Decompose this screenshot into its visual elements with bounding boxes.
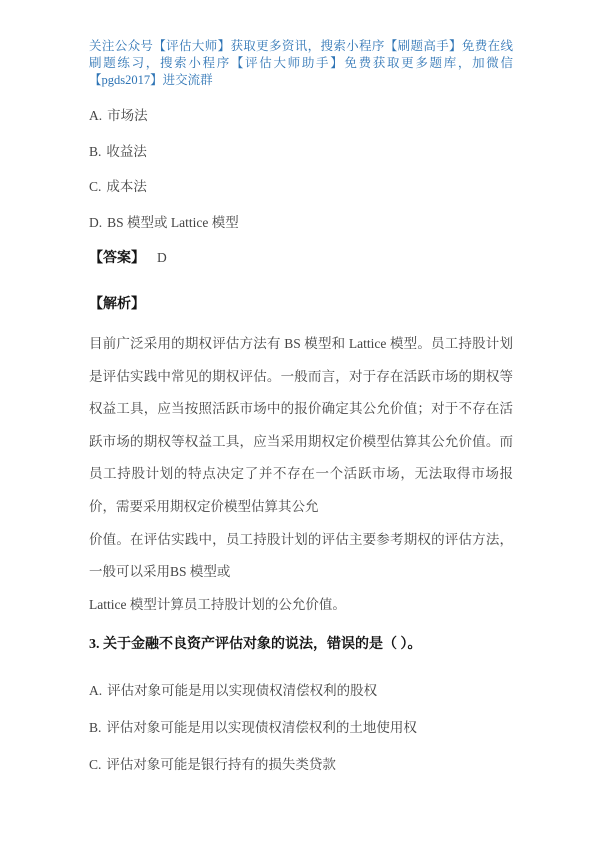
analysis-label: 【解析】 <box>89 296 513 314</box>
answer-label: 【答案】 <box>89 251 145 266</box>
option-text: BS 模型或 Lattice 模型 <box>107 215 239 230</box>
option-label: B. <box>89 720 101 735</box>
option-row-c: C.评估对象可能是银行持有的损失类贷款 <box>89 756 513 774</box>
option-label: A. <box>89 108 102 123</box>
option-label: B. <box>89 144 101 159</box>
question3-heading: 3. 关于金融不良资产评估对象的说法，错误的是（ ）。 <box>89 636 513 654</box>
option-row-c: C.成本法 <box>89 178 513 196</box>
option-row-a: A.市场法 <box>89 107 513 125</box>
option-text: 收益法 <box>106 144 147 159</box>
option-label: C. <box>89 179 101 194</box>
option-text: 评估对象可能是用以实现债权清偿权利的股权 <box>107 683 377 698</box>
option-text: 评估对象可能是用以实现债权清偿权利的土地使用权 <box>106 720 417 735</box>
option-text: 市场法 <box>107 108 148 123</box>
answer-row: 【答案】D <box>89 249 513 268</box>
option-label: D. <box>89 215 102 230</box>
option-label: C. <box>89 757 101 772</box>
analysis-body: 目前广泛采用的期权评估方法有 BS 模型和 Lattice 模型。员工持股计划是… <box>89 328 513 621</box>
option-row-b: B.收益法 <box>89 143 513 161</box>
analysis-paragraph: 价值。在评估实践中，员工持股计划的评估主要参考期权的评估方法，一般可以采用BS … <box>89 524 513 589</box>
page-content: 关注公众号【评估大师】获取更多资讯，搜索小程序【刷题高手】免费在线刷题练习，搜索… <box>89 38 513 793</box>
option-text: 成本法 <box>106 179 147 194</box>
option-row-b: B.评估对象可能是用以实现债权清偿权利的土地使用权 <box>89 719 513 737</box>
option-row-d: D.BS 模型或 Lattice 模型 <box>89 214 513 232</box>
question3-options: A.评估对象可能是用以实现债权清偿权利的股权 B.评估对象可能是用以实现债权清偿… <box>89 682 513 774</box>
analysis-paragraph: Lattice 模型计算员工持股计划的公允价值。 <box>89 589 513 622</box>
option-row-a: A.评估对象可能是用以实现债权清偿权利的股权 <box>89 682 513 700</box>
analysis-paragraph: 目前广泛采用的期权评估方法有 BS 模型和 Lattice 模型。员工持股计划是… <box>89 328 513 524</box>
option-text: 评估对象可能是银行持有的损失类贷款 <box>106 757 336 772</box>
question2-options: A.市场法 B.收益法 C.成本法 D.BS 模型或 Lattice 模型 <box>89 107 513 232</box>
answer-value: D <box>157 250 167 265</box>
document-page: 关注公众号【评估大师】获取更多资讯，搜索小程序【刷题高手】免费在线刷题练习，搜索… <box>0 0 595 841</box>
promo-header-text: 关注公众号【评估大师】获取更多资讯，搜索小程序【刷题高手】免费在线刷题练习，搜索… <box>89 38 513 89</box>
option-label: A. <box>89 683 102 698</box>
